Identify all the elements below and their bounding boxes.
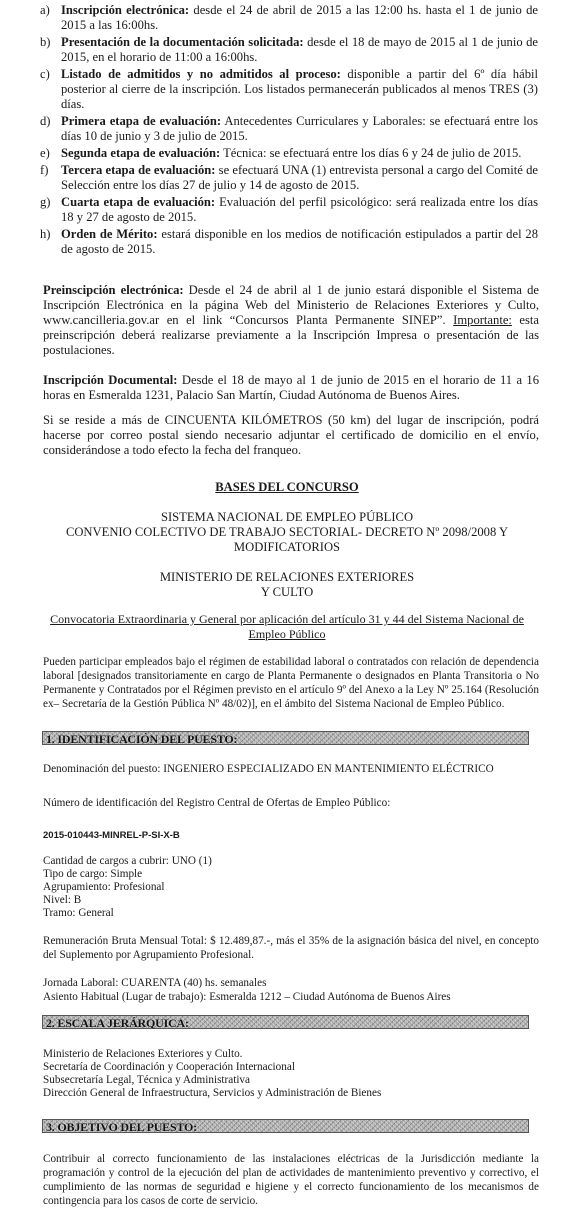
agrupamiento-line: Agrupamiento: Profesional [43,880,539,894]
item-title: Cuarta etapa de evaluación: [61,195,215,209]
postal-paragraph: Si se reside a más de CINCUENTA KILÓMETR… [43,413,539,458]
ministry-line-2: Y CULTO [0,585,574,600]
section-heading-escala: 2. ESCALA JERÁRQUICA: [42,1015,529,1029]
preinscripcion-title: Preinscipción electrónica: [43,283,184,297]
nivel-line: Nivel: B [43,893,539,907]
schedule-item: b)Presentación de la documentación solic… [40,35,538,65]
objetivo-paragraph: Contribuir al correcto funcionamiento de… [43,1152,539,1208]
schedule-item: h)Orden de Mérito: estará disponible en … [40,227,538,257]
item-letter: b) [40,35,51,50]
cargos-line: Cantidad de cargos a cubrir: UNO (1) [43,854,539,868]
tipo-cargo-line: Tipo de cargo: Simple [43,867,539,881]
convenio-line: CONVENIO COLECTIVO DE TRABAJO SECTORIAL-… [0,525,574,540]
ministry-line-1: MINISTERIO DE RELACIONES EXTERIORES [0,570,574,585]
documental-paragraph: Inscripción Documental: Desde el 18 de m… [43,373,539,403]
escala-line: Secretaría de Coordinación y Cooperación… [43,1060,539,1074]
eligibility-paragraph: Pueden participar empleados bajo el régi… [43,655,539,711]
item-letter: h) [40,227,51,242]
registro-label: Número de identificación del Registro Ce… [43,796,539,810]
item-title: Segunda etapa de evaluación: [61,146,220,160]
item-title: Primera etapa de evaluación: [61,114,221,128]
escala-line: Ministerio de Relaciones Exteriores y Cu… [43,1047,539,1061]
schedule-item: c)Listado de admitidos y no admitidos al… [40,67,538,112]
sinep-line: SISTEMA NACIONAL DE EMPLEO PÚBLICO [0,510,574,525]
section-heading-objetivo: 3. OBJETIVO DEL PUESTO: [42,1119,529,1133]
item-letter: e) [40,146,50,161]
documental-title: Inscripción Documental: [43,373,178,387]
jornada-line: Jornada Laboral: CUARENTA (40) hs. seman… [43,976,539,990]
remuneracion-paragraph: Remuneración Bruta Mensual Total: $ 12.4… [43,934,539,962]
item-letter: c) [40,67,50,82]
asiento-line: Asiento Habitual (Lugar de trabajo): Esm… [43,990,539,1004]
schedule-item: g)Cuarta etapa de evaluación: Evaluación… [40,195,538,225]
escala-line: Subsecretaría Legal, Técnica y Administr… [43,1073,539,1087]
item-letter: f) [40,163,48,178]
item-title: Presentación de la documentación solicit… [61,35,304,49]
section-heading-identificacion: 1. IDENTIFICACIÓN DEL PUESTO: [42,731,529,745]
schedule-item: e)Segunda etapa de evaluación: Técnica: … [40,146,538,161]
denominacion-line: Denominación del puesto: INGENIERO ESPEC… [43,762,539,776]
item-letter: d) [40,114,51,129]
item-text: Técnica: se efectuará entre los días 6 y… [220,146,521,160]
bases-title: BASES DEL CONCURSO [0,480,574,495]
escala-line: Dirección General de Infraestructura, Se… [43,1086,539,1100]
item-title: Inscripción electrónica: [61,3,189,17]
bases-title-text: BASES DEL CONCURSO [215,480,358,494]
preinscripcion-paragraph: Preinscipción electrónica: Desde el 24 d… [43,283,539,358]
item-title: Orden de Mérito: [61,227,158,241]
schedule-list: a)Inscripción electrónica: desde el 24 d… [40,3,538,259]
item-title: Tercera etapa de evaluación: [61,163,215,177]
registro-id: 2015-010443-MINREL-P-SI-X-B [43,828,539,843]
convocatoria-line-1: Convocatoria Extraordinaria y General po… [0,612,574,627]
item-title: Listado de admitidos y no admitidos al p… [61,67,341,81]
important-label: Importante: [453,313,512,327]
tramo-line: Tramo: General [43,906,539,920]
modificatorios-line: MODIFICATORIOS [0,540,574,555]
schedule-item: d)Primera etapa de evaluación: Anteceden… [40,114,538,144]
schedule-item: f)Tercera etapa de evaluación: se efectu… [40,163,538,193]
item-letter: a) [40,3,50,18]
convocatoria-line-2: Empleo Público [0,627,574,642]
schedule-item: a)Inscripción electrónica: desde el 24 d… [40,3,538,33]
item-letter: g) [40,195,51,210]
